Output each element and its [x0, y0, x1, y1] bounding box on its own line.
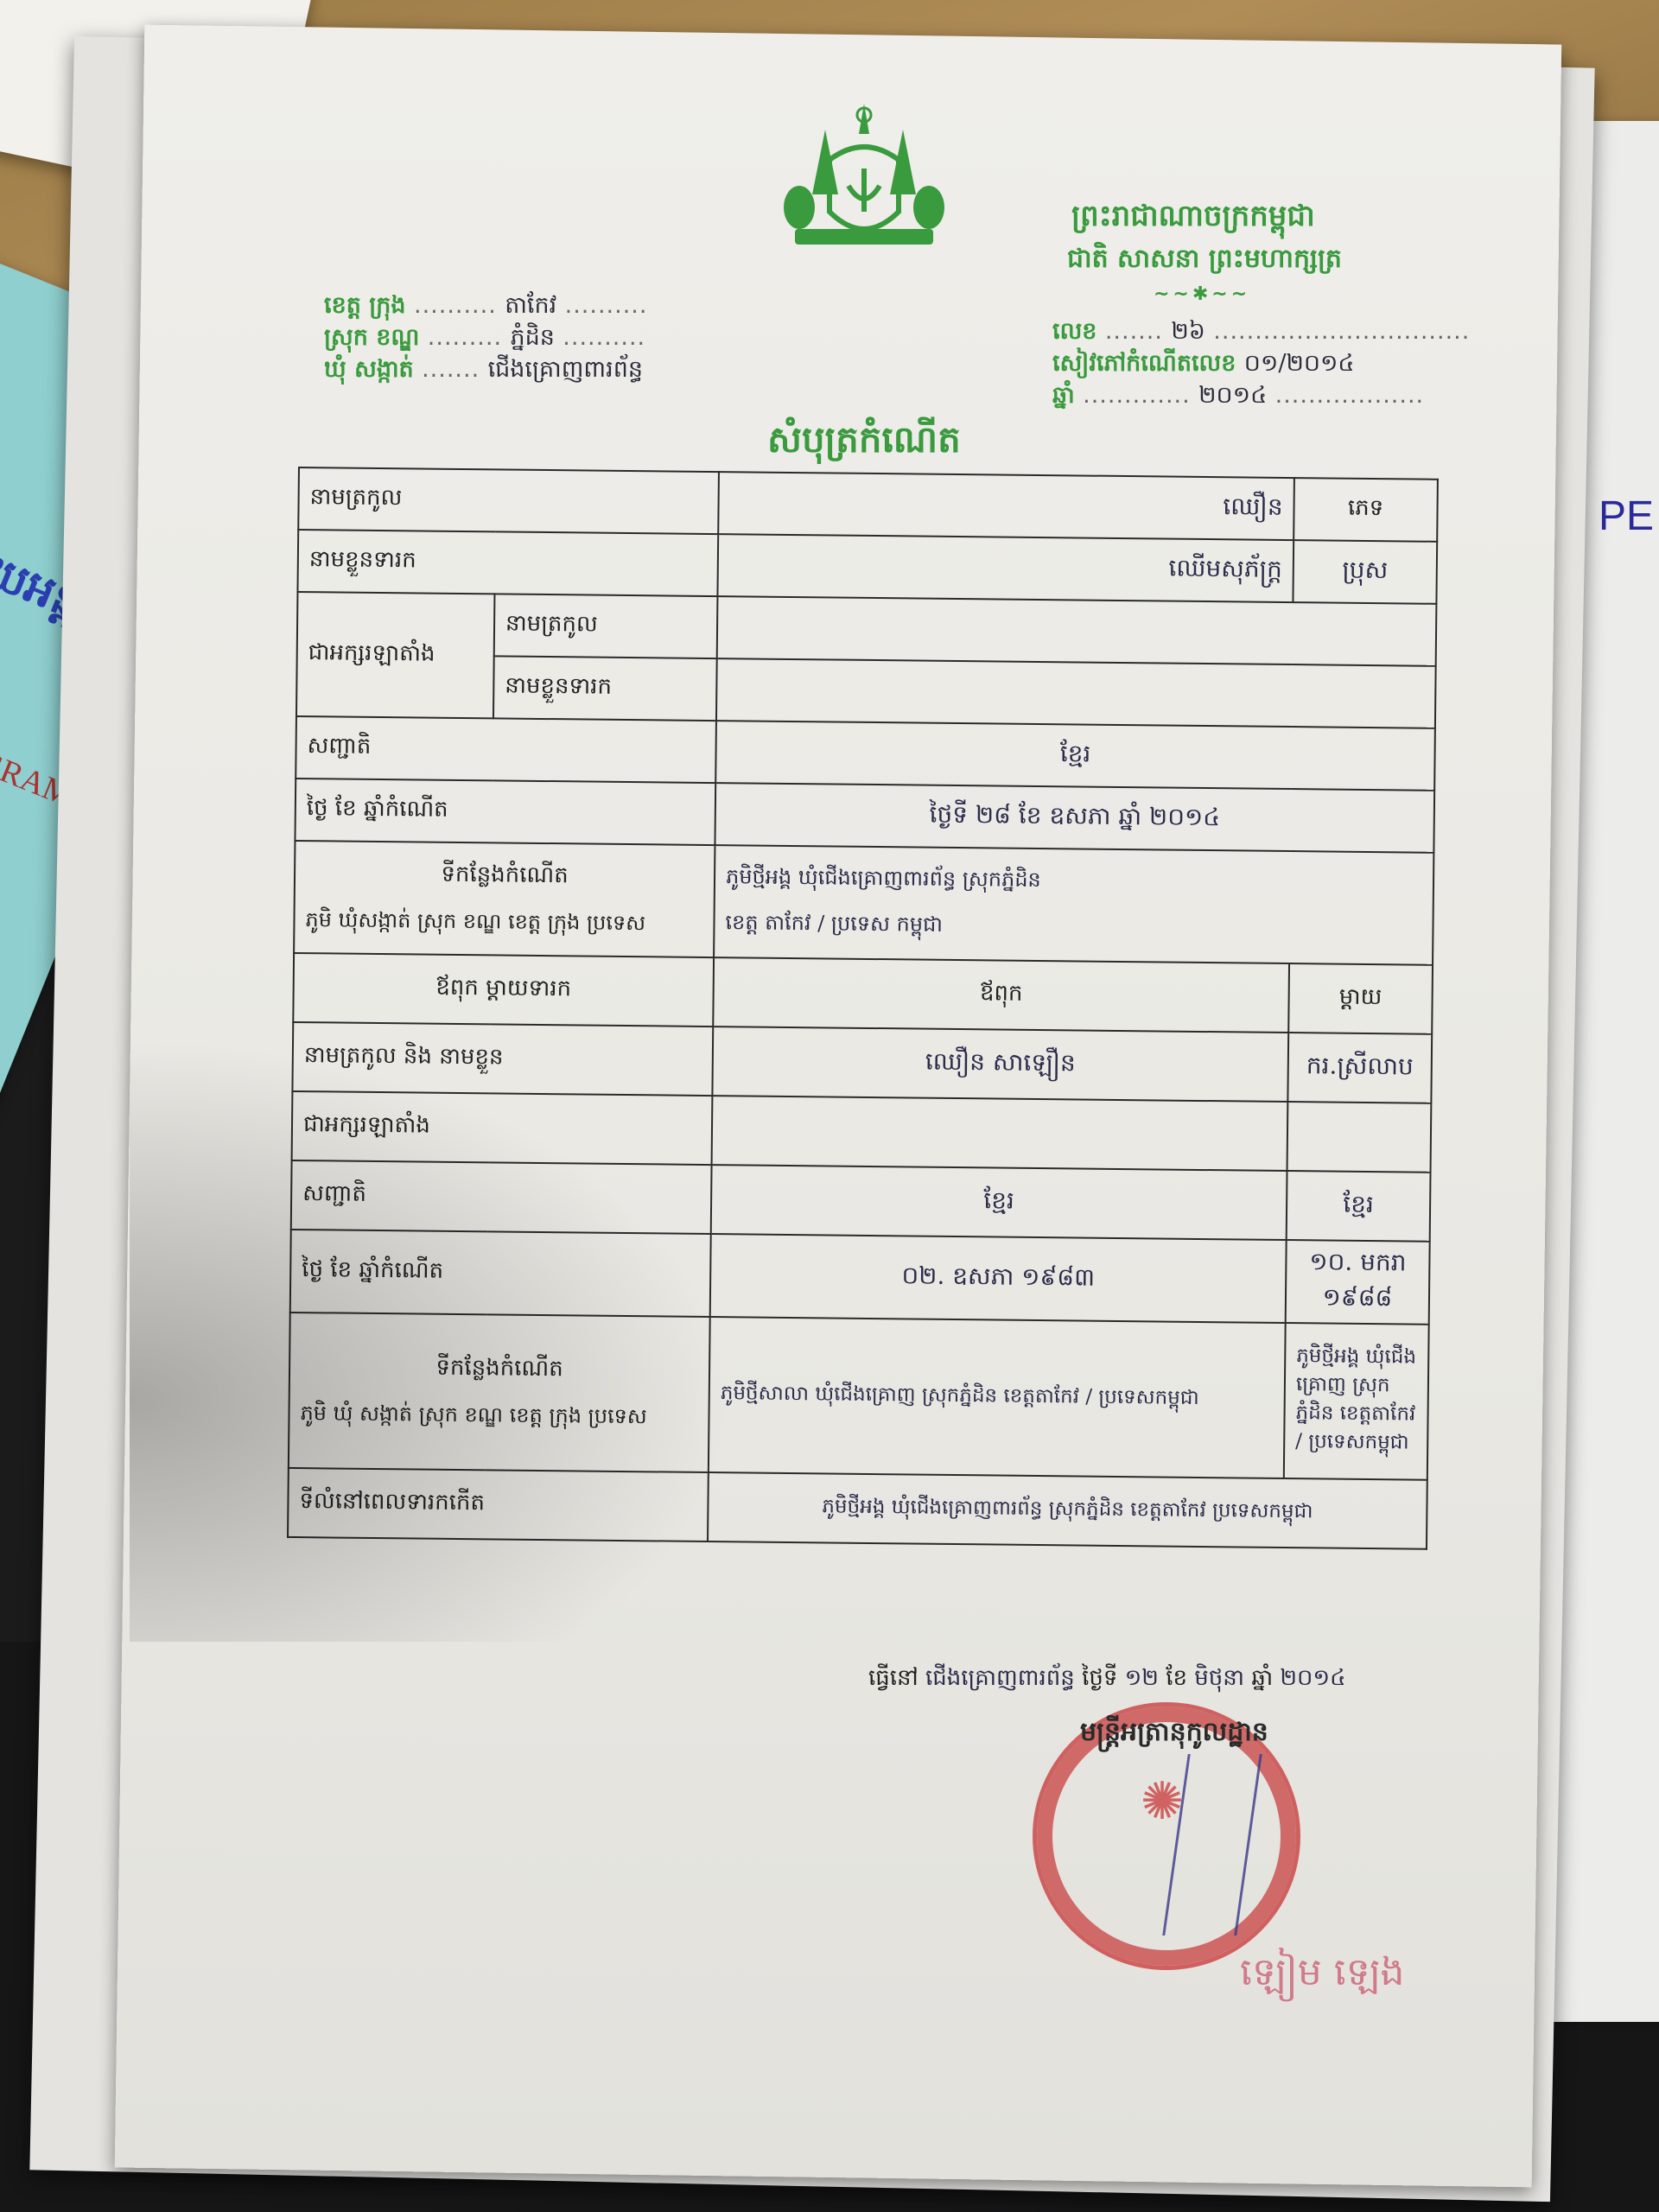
district-label: ស្រុក ខណ្ឌ — [324, 324, 419, 351]
commune-row: ឃុំ សង្កាត់ ....... ជើងគ្រោញពារព័ន្ធ — [324, 353, 647, 385]
made-at-value: ជើងគ្រោញពារព័ន្ធ — [925, 1665, 1075, 1691]
parents-pob-row: ទីកន្លែងកំណើត ភូមិ ឃុំ សង្កាត់ ស្រុក ខណ្… — [289, 1313, 1429, 1480]
number-row: លេខ ....... ២៦ .........................… — [1052, 315, 1470, 347]
parents-latin-row: ជាអក្សរឡាតាំង — [292, 1091, 1432, 1173]
official-title: មន្ត្រីអត្រានុកូលដ្ឋាន — [1080, 1715, 1268, 1753]
pob-label-2: ភូមិ ឃុំសង្កាត់ ស្រុក ខណ្ឌ ខេត្ត ក្រុង ប… — [305, 906, 702, 941]
national-motto: ជាតិ សាសនា ព្រះមហាក្សត្រ — [1067, 242, 1342, 280]
commune-value: ជើងគ្រោញពារព័ន្ធ — [488, 356, 643, 383]
nationality-value: ខ្មែរ — [715, 721, 1435, 791]
latin-label: ជាអក្សរឡាតាំង — [296, 592, 494, 718]
parents-header-label: ឪពុក ម្តាយទារក — [293, 953, 714, 1027]
latin-given-label: នាមខ្លួនទារក — [493, 656, 717, 721]
dob-label: ថ្ងៃ ខែ ឆ្នាំកំណើត — [295, 779, 715, 845]
nationality-label: សញ្ជាតិ — [296, 716, 716, 783]
book-label: សៀវភៅកំណើតលេខ — [1052, 350, 1236, 377]
year-value: ២០១៤ — [1198, 382, 1267, 409]
month-label: ខែ — [1166, 1665, 1187, 1691]
residence-label: ទីលំនៅពេលទារកកើត — [288, 1468, 709, 1541]
book-value: ០១/២០១៤ — [1244, 350, 1355, 377]
parents-nationality-label: សញ្ជាតិ — [291, 1160, 712, 1234]
parents-header-row: ឪពុក ម្តាយទារក ឪពុក ម្តាយ — [293, 953, 1433, 1034]
sex-label: ភេទ — [1294, 478, 1438, 542]
parents-pob-label: ទីកន្លែងកំណើត ភូមិ ឃុំ សង្កាត់ ស្រុក ខណ្… — [289, 1313, 710, 1472]
pob-value: ភូមិថ្មីអង្គ ឃុំជើងគ្រោញពារព័ន្ធ ស្រុកភ្… — [714, 845, 1433, 965]
residence-value: ភូមិថ្មីអង្គ ឃុំជើងគ្រោញពារព័ន្ធ ស្រុកភ្… — [708, 1472, 1427, 1549]
signer-name: ឡៀម ឡេង — [1240, 1948, 1404, 2004]
parents-dob-label: ថ្ងៃ ខែ ឆ្នាំកំណើត — [290, 1230, 711, 1317]
given-name-value: ឈើមសុភ័ក្ត្រ — [717, 534, 1294, 602]
pob-row: ទីកន្លែងកំណើត ភូមិ ឃុំសង្កាត់ ស្រុក ខណ្ឌ… — [294, 841, 1433, 965]
pob-value-1: ភូមិថ្មីអង្គ ឃុំជើងគ្រោញពារព័ន្ធ ស្រុកភ្… — [726, 863, 1422, 900]
right-paper-text: PE — [1599, 493, 1654, 540]
form-title: សំបុត្រកំណើត — [767, 416, 961, 470]
pob-value-2: ខេត្ត តាកែវ / ប្រទេស កម្ពុជា — [725, 909, 1421, 946]
given-name-row: នាមខ្លួនទារក ឈើមសុភ័ក្ត្រ ប្រុស — [297, 530, 1437, 604]
district-value: ភ្នំដិន — [510, 324, 554, 351]
father-pob: ភូមិថ្មីសាលា ឃុំជើងគ្រោញ ស្រុកភ្នំដិន ខេ… — [709, 1317, 1286, 1478]
mother-name: ករ.ស្រីលាប — [1287, 1033, 1432, 1103]
sex-value: ប្រុស — [1293, 540, 1437, 604]
surname-value: ឈឿន — [718, 472, 1294, 540]
day-label: ថ្ងៃទី — [1082, 1665, 1117, 1691]
year-label: ឆ្នាំ — [1052, 382, 1075, 409]
nationality-row: សញ្ជាតិ ខ្មែរ — [296, 716, 1435, 791]
day-value: ១២ — [1125, 1665, 1159, 1691]
registry-header: លេខ ....... ២៦ .........................… — [1052, 315, 1470, 411]
year-value: ២០១៤ — [1280, 1665, 1345, 1691]
province-row: ខេត្ត ក្រុង .......... តាកែវ .......... — [324, 289, 647, 321]
royal-emblem-icon — [778, 99, 950, 259]
province-label: ខេត្ត ក្រុង — [324, 292, 406, 319]
made-at-label: ធ្វើនៅ — [868, 1665, 918, 1691]
month-value: មិថុនា — [1194, 1665, 1244, 1691]
mother-dob: ១០. មករា ១៩៨៨ — [1286, 1240, 1430, 1325]
parents-latin-label: ជាអក្សរឡាតាំង — [292, 1091, 713, 1165]
mother-nationality: ខ្មែរ — [1287, 1171, 1431, 1242]
dob-value: ថ្ងៃទី ២៨ ខែ ឧសភា ឆ្នាំ ២០១៤ — [715, 783, 1434, 853]
mother-header: ម្តាយ — [1288, 963, 1433, 1034]
father-dob: ០២. ឧសភា ១៩៨៣ — [710, 1234, 1287, 1323]
parents-pob-label-1: ទីកន្លែងកំណើត — [301, 1351, 698, 1389]
commune-label: ឃុំ សង្កាត់ — [324, 356, 414, 383]
birth-certificate-table: នាមត្រកូល ឈឿន ភេទ នាមខ្លួនទារក ឈើមសុភ័ក្… — [287, 467, 1439, 1550]
latin-given-value — [716, 658, 1436, 728]
parents-dob-row: ថ្ងៃ ខែ ឆ្នាំកំណើត ០២. ឧសភា ១៩៨៣ ១០. មករ… — [290, 1230, 1430, 1325]
parents-name-row: នាមត្រកូល និង នាមខ្លួន ឈឿន សាឡឿន ករ.ស្រី… — [292, 1022, 1432, 1103]
year-label: ឆ្នាំ — [1251, 1665, 1273, 1691]
year-row: ឆ្នាំ ............. ២០១៤ ...............… — [1052, 379, 1470, 411]
surname-row: នាមត្រកូល ឈឿន ភេទ — [298, 467, 1438, 542]
latin-surname-row: ជាអក្សរឡាតាំង នាមត្រកូល — [297, 592, 1437, 666]
parents-nationality-row: សញ្ជាតិ ខ្មែរ ខ្មែរ — [291, 1160, 1431, 1242]
number-label: លេខ — [1052, 318, 1096, 345]
father-nationality: ខ្មែរ — [711, 1165, 1287, 1240]
province-value: តាកែវ — [505, 292, 556, 319]
book-row: សៀវភៅកំណើតលេខ ០១/២០១៤ — [1052, 347, 1470, 379]
location-header: ខេត្ត ក្រុង .......... តាកែវ .......... … — [324, 289, 647, 385]
parents-pob-label-2: ភូមិ ឃុំ សង្កាត់ ស្រុក ខណ្ឌ ខេត្ត ក្រុង … — [300, 1400, 697, 1434]
ornament-divider: ~~✱~~ — [1154, 283, 1250, 305]
pob-label-1: ទីកន្លែងកំណើត — [306, 858, 703, 895]
latin-surname-value — [717, 596, 1437, 666]
parents-name-label: នាមត្រកូល និង នាមខ្លួន — [292, 1022, 713, 1096]
latin-surname-label: នាមត្រកូល — [494, 594, 718, 658]
dob-row: ថ្ងៃ ខែ ឆ្នាំកំណើត ថ្ងៃទី ២៨ ខែ ឧសភា ឆ្ន… — [295, 779, 1434, 853]
issuance-line: ធ្វើនៅ ជើងគ្រោញពារព័ន្ធ ថ្ងៃទី ១២ ខែ មិថ… — [868, 1663, 1346, 1696]
father-latin — [712, 1096, 1288, 1171]
given-name-label: នាមខ្លួនទារក — [297, 530, 718, 596]
mother-pob: ភូមិថ្មីអង្គ ឃុំជើងគ្រោញ ស្រុកភ្នំដិន ខេ… — [1284, 1323, 1429, 1480]
father-header: ឪពុក — [713, 957, 1289, 1033]
residence-row: ទីលំនៅពេលទារកកើត ភូមិថ្មីអង្គ ឃុំជើងគ្រោ… — [288, 1468, 1427, 1549]
surname-label: នាមត្រកូល — [298, 467, 719, 534]
mother-latin — [1287, 1102, 1432, 1173]
number-value: ២៦ — [1171, 318, 1205, 345]
district-row: ស្រុក ខណ្ឌ ......... ភ្នំដិន .......... — [324, 321, 647, 353]
pob-label: ទីកន្លែងកំណើត ភូមិ ឃុំសង្កាត់ ស្រុក ខណ្ឌ… — [294, 841, 715, 957]
father-name: ឈឿន សាឡឿន — [712, 1027, 1288, 1102]
kingdom-heading: ព្រះរាជាណាចក្រកម្ពុជា — [1071, 197, 1315, 240]
